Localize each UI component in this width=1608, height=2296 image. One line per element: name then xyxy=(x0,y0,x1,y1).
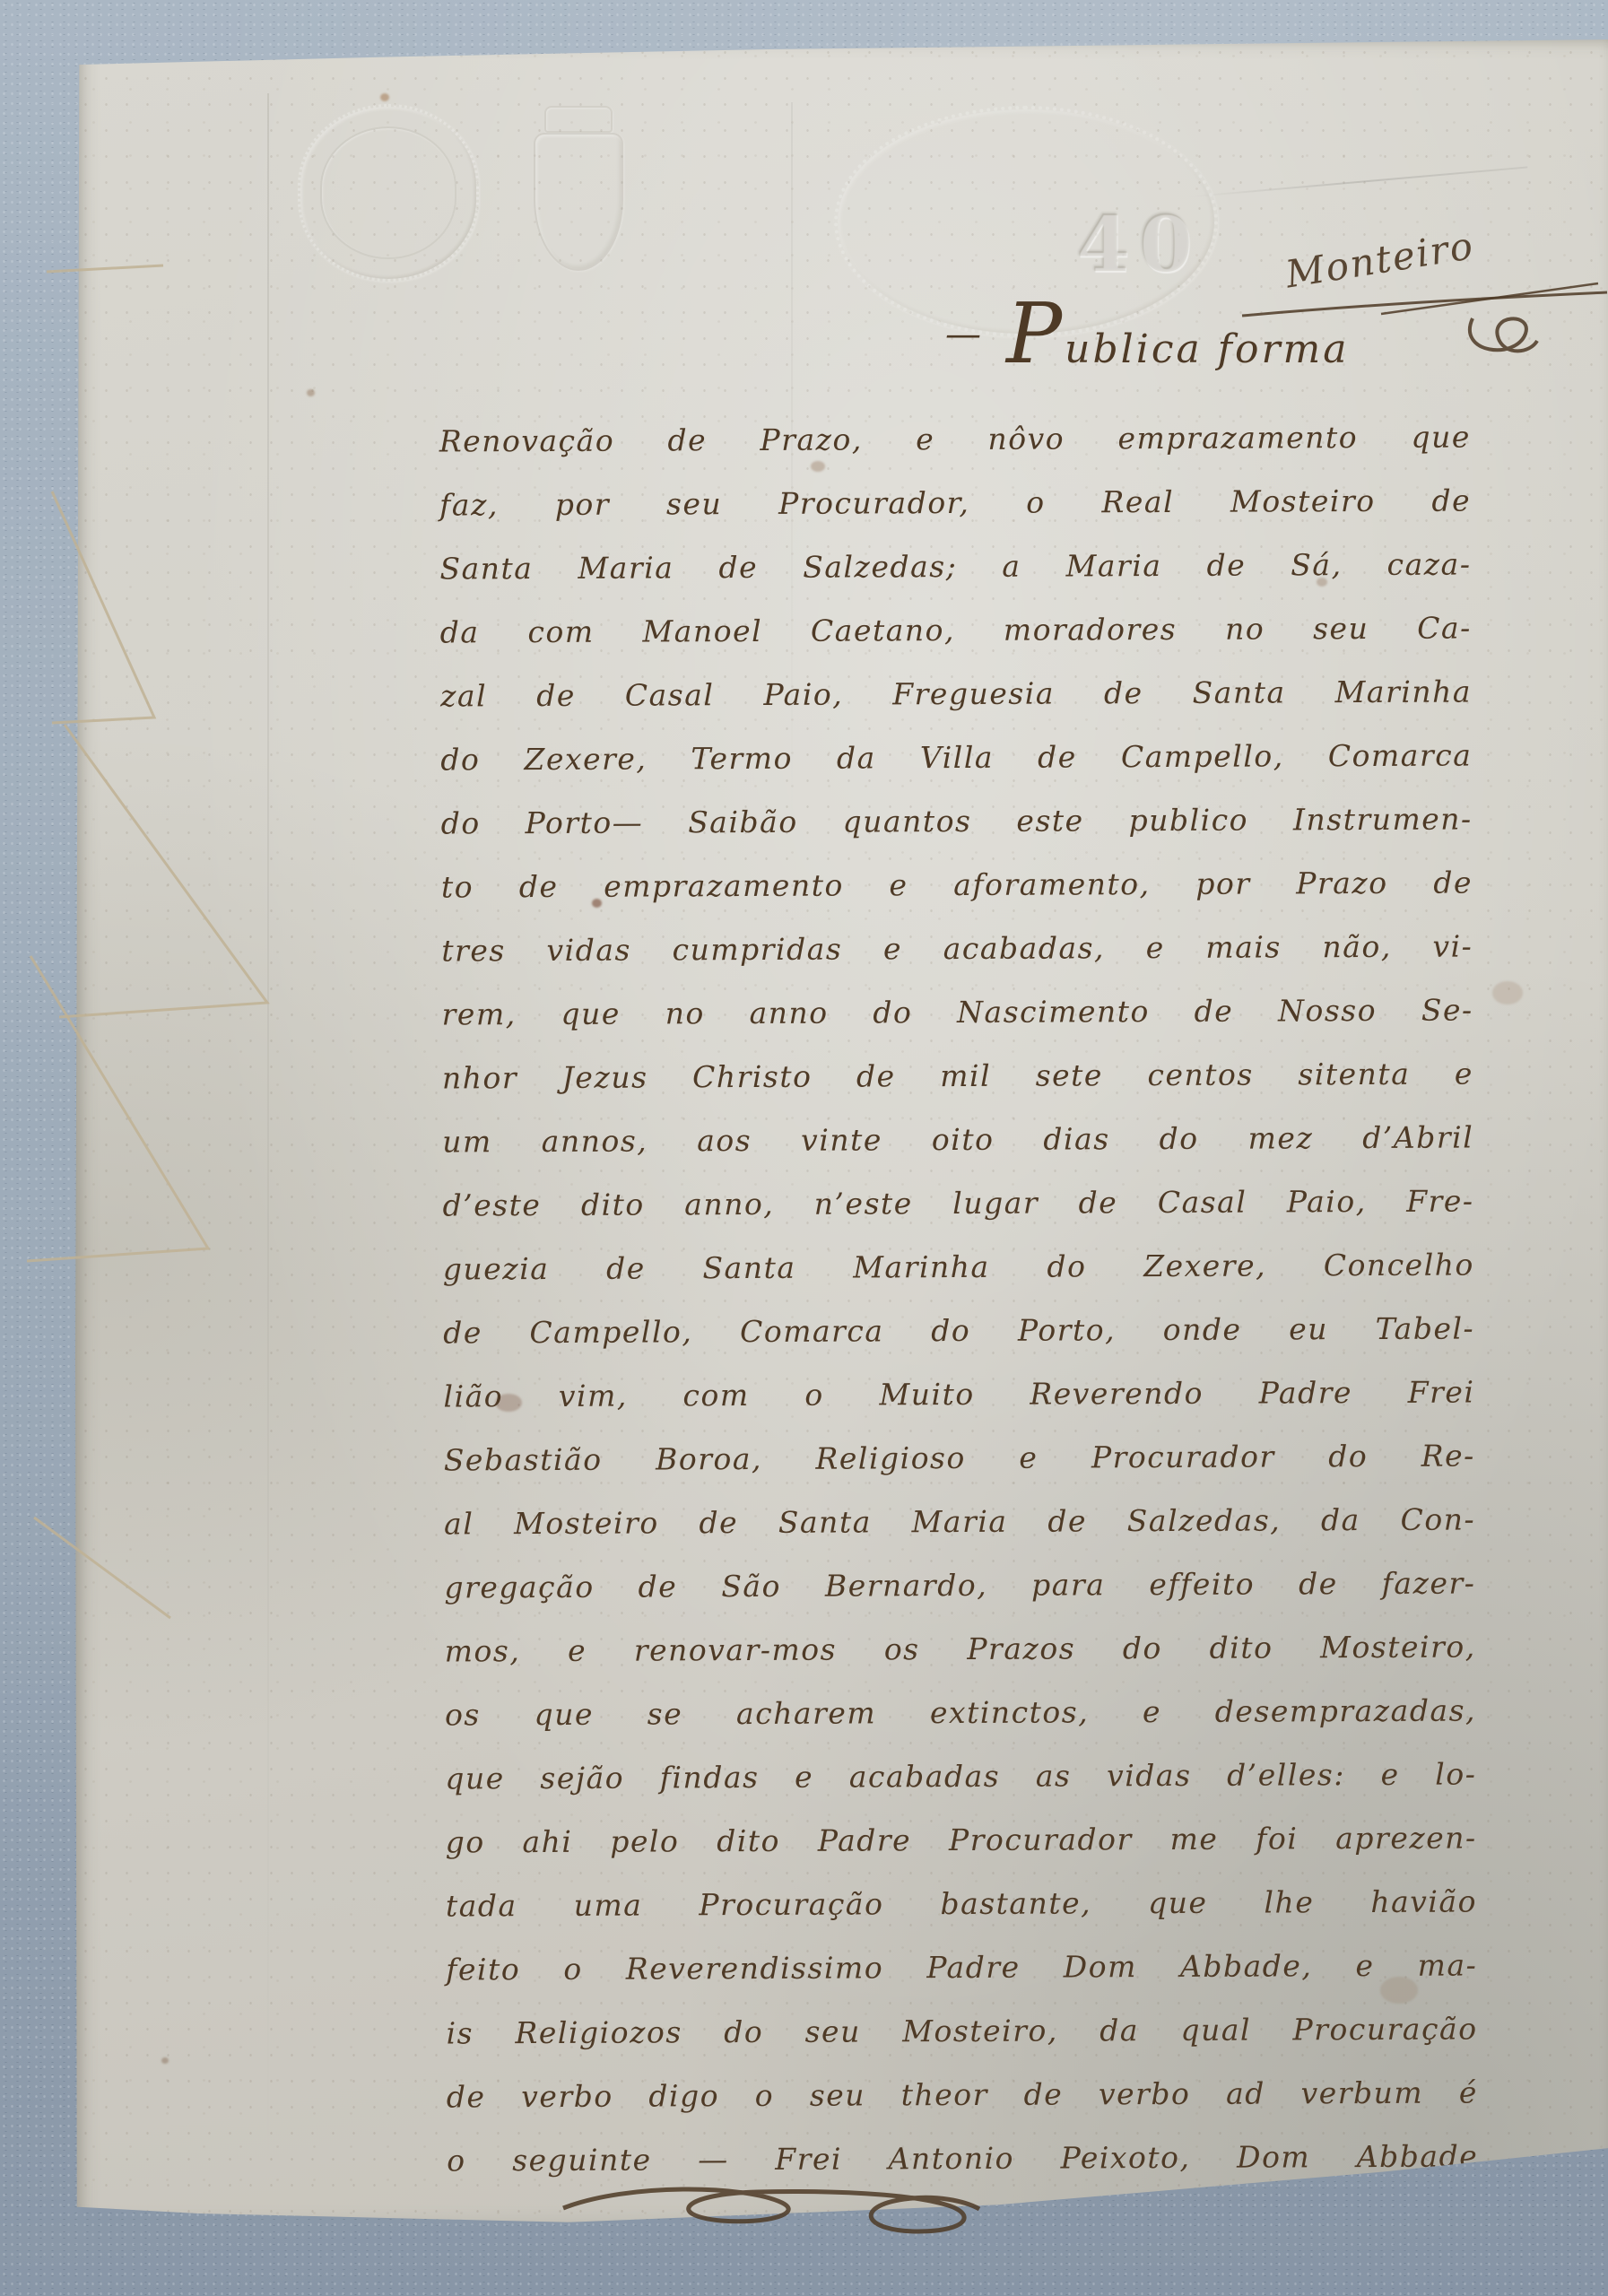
stain xyxy=(1492,981,1523,1004)
stain xyxy=(161,2057,169,2064)
stain xyxy=(380,93,389,101)
manuscript-line: is Religiozos do seu Mosteiro, da qual P… xyxy=(446,1996,1477,2065)
heading-dash: — xyxy=(945,314,981,355)
embossed-coat-of-arms xyxy=(511,91,646,298)
manuscript-line: de verbo digo o seu theor de verbo ad ve… xyxy=(447,2060,1478,2128)
manuscript-line: gregação de São Bernardo, para effeito d… xyxy=(444,1551,1475,1619)
manuscript-line: da com Manoel Caetano, moradores no seu … xyxy=(440,596,1472,664)
manuscript-line: tada uma Procuração bastante, que lhe ha… xyxy=(446,1869,1477,1937)
manuscript-line: faz, por seu Procurador, o Real Mosteiro… xyxy=(439,468,1471,536)
stain xyxy=(307,389,315,396)
manuscript-line: go ahi pelo dito Padre Procurador me foi… xyxy=(445,1805,1476,1874)
manuscript-line: tres vidas cumpridas e acabadas, e mais … xyxy=(441,914,1473,982)
manuscript-line: Renovação de Prazo, e nôvo emprazamento … xyxy=(439,405,1471,474)
embossed-crown xyxy=(544,106,613,133)
fold-crease xyxy=(267,93,269,2192)
corner-crease xyxy=(1188,166,1528,197)
manuscript-line: al Mosteiro de Santa Maria de Salzedas, … xyxy=(444,1487,1475,1555)
manuscript-line: mos, e renovar-mos os Prazos do dito Mos… xyxy=(445,1614,1476,1683)
notary-signature: Monteiro xyxy=(1282,206,1582,296)
manuscript-line: do Zexere, Termo da Villa de Campello, C… xyxy=(440,723,1472,791)
manuscript-line: to de emprazamento e aforamento, por Pra… xyxy=(441,850,1473,918)
manuscript-line: do Porto— Saibão quantos este publico In… xyxy=(441,787,1473,855)
manuscript-line: de Campello, Comarca do Porto, onde eu T… xyxy=(443,1296,1474,1364)
manuscript-line: rem, que no anno do Nascimento de Nosso … xyxy=(441,978,1473,1046)
embossed-shield xyxy=(534,133,623,271)
document-heading: —Publica forma xyxy=(945,305,1349,372)
heading-text: Publica forma xyxy=(1006,305,1349,372)
manuscript-line: um annos, aos vinte oito dias do mez d’A… xyxy=(442,1105,1473,1173)
photo-background: 40 Monteiro —Publica forma Renovação de … xyxy=(0,0,1608,2296)
manuscript-paper: 40 Monteiro —Publica forma Renovação de … xyxy=(75,39,1608,2233)
manuscript-line: que sejão findas e acabadas as vidas d’e… xyxy=(445,1742,1476,1810)
manuscript-line: Sebastião Boroa, Religioso e Procurador … xyxy=(444,1423,1475,1492)
embossed-tax-value: 40 xyxy=(1076,199,1202,290)
manuscript-line: feito o Reverendissimo Padre Dom Abbade,… xyxy=(446,1933,1477,2001)
manuscript-line: nhor Jezus Christo de mil sete centos si… xyxy=(442,1041,1473,1109)
embossed-ornament-inner-ring xyxy=(320,126,456,259)
manuscript-line: guezia de Santa Marinha do Zexere, Conce… xyxy=(443,1232,1474,1300)
manuscript-line: Santa Maria de Salzedas; a Maria de Sá, … xyxy=(439,532,1471,600)
embossed-ornament-stamp xyxy=(298,104,479,282)
manuscript-line: o seguinte — Frei Antonio Peixoto, Dom A… xyxy=(447,2124,1478,2192)
manuscript-line: zal de Casal Paio, Freguesia de Santa Ma… xyxy=(440,659,1472,727)
manuscript-line: lião vim, com o Muito Reverendo Padre Fr… xyxy=(443,1360,1474,1428)
manuscript-line: os que se acharem extinctos, e desempraz… xyxy=(445,1678,1476,1746)
manuscript-line: d’este dito anno, n’este lugar de Casal … xyxy=(442,1169,1473,1237)
manuscript-body: Renovação de Prazo, e nôvo emprazamento … xyxy=(439,405,1479,2193)
